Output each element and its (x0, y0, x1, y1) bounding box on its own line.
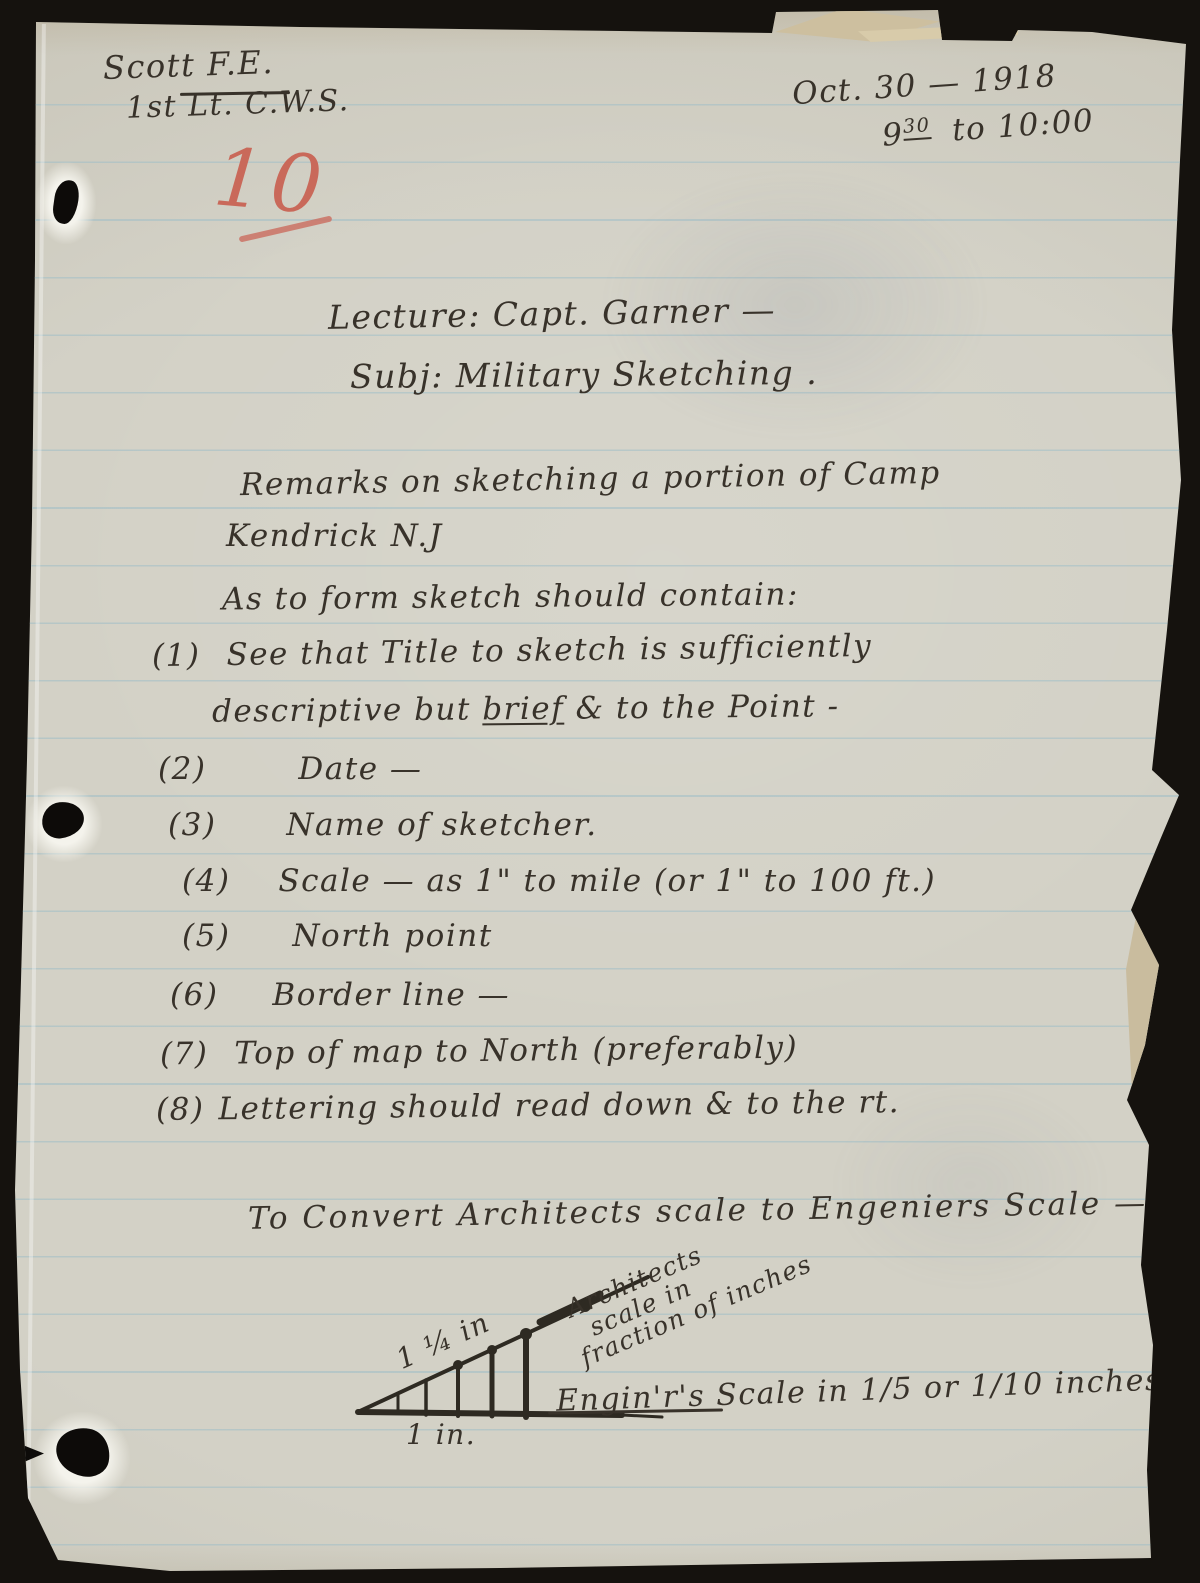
list-item-3: (3) Name of sketcher. (168, 808, 598, 842)
author-rank: 1st Lt. C.W.S. (125, 84, 350, 125)
list-item-number: (3) (168, 808, 216, 842)
author-name: Scott F.E. (102, 45, 274, 86)
list-item-text: Border line — (272, 978, 510, 1012)
diagram-base-label: 1 in. (406, 1420, 476, 1451)
list-item-4: (4) Scale — as 1" to mile (or 1" to 100 … (182, 864, 936, 898)
lecture-subject: Subj: Military Sketching . (350, 355, 818, 395)
list-item-number: (6) (170, 978, 218, 1012)
underlined-word: brief (482, 691, 564, 728)
list-item-number: (2) (158, 752, 206, 786)
diagram-node (520, 1328, 532, 1340)
list-item-number: (8) (156, 1092, 205, 1127)
remarks-line-2: Kendrick N.J (226, 519, 443, 553)
list-item-2: (2) Date — (158, 752, 422, 786)
time-hour: 9 (881, 116, 905, 153)
diagram-node (487, 1345, 497, 1355)
diagram-node (453, 1360, 463, 1370)
scanned-notebook-page: Scott F.E. 1st Lt. C.W.S. Oct. 30 — 1918… (0, 0, 1200, 1583)
list-item-number: (5) (182, 919, 230, 953)
list-item-text: Top of map to North (preferably) (234, 1031, 798, 1071)
list-item-number: (1) (152, 638, 201, 673)
remarks-line-3: As to form sketch should contain: (222, 577, 799, 616)
list-item-text: descriptive but (212, 691, 483, 729)
list-item-text: Name of sketcher. (286, 808, 597, 842)
list-item-number: (4) (182, 864, 230, 898)
list-item-5: (5) North point (182, 919, 493, 953)
list-item-text: Lettering should read down & to the rt. (218, 1085, 900, 1126)
list-item-number: (7) (160, 1037, 209, 1072)
list-item-7: (7) Top of map to North (preferably) (160, 1031, 798, 1072)
list-item-1-line-2: descriptive but brief & to the Point - (212, 689, 840, 729)
list-item-text: & to the Point - (564, 688, 840, 726)
lecture-title: Lecture: Capt. Garner — (328, 292, 777, 336)
torn-flap-right (1126, 878, 1184, 1106)
paper-sheet: Scott F.E. 1st Lt. C.W.S. Oct. 30 — 1918… (0, 0, 1200, 1583)
list-item-text: Scale — as 1" to mile (or 1" to 100 ft.) (278, 864, 936, 898)
grade-mark: 10 (210, 133, 331, 231)
list-item-8: (8) Lettering should read down & to the … (156, 1085, 900, 1127)
time-minutes-superscript: 30 (902, 113, 931, 141)
list-item-6: (6) Border line — (170, 978, 510, 1012)
list-item-text: Date — (298, 752, 422, 786)
list-item-text: North point (292, 919, 492, 953)
